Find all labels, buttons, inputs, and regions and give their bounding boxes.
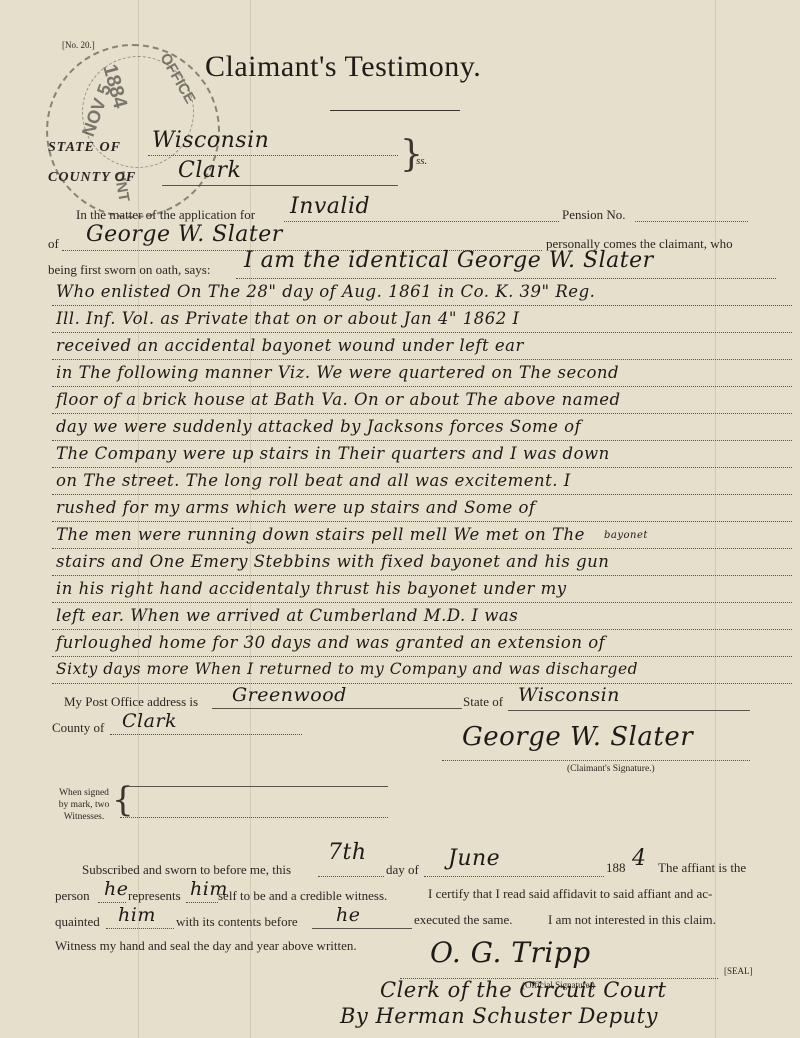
testimony-rule <box>52 413 792 414</box>
testimony-line: in The following manner Viz. We were qua… <box>56 363 619 382</box>
testimony-line: Who enlisted On The 28" day of Aug. 1861… <box>56 282 595 301</box>
credible-label: self to be and a credible witness. <box>218 888 387 904</box>
testimony-first-line: I am the identical George W. Slater <box>244 248 654 273</box>
jurat-month-line <box>424 876 604 877</box>
testimony-rule <box>52 305 792 306</box>
address-state-value: Wisconsin <box>518 684 620 706</box>
witness-label-2: by mark, two <box>54 800 114 810</box>
address-state-label: State of <box>463 694 503 710</box>
testimony-rule <box>52 602 792 603</box>
interlineation: bayonet <box>604 530 648 541</box>
testimony-rule <box>52 683 792 684</box>
state-line <box>148 155 398 156</box>
county-line <box>162 185 398 186</box>
testimony-rule <box>52 467 792 468</box>
testimony-rule <box>52 521 792 522</box>
state-label: STATE OF <box>48 140 121 156</box>
affiant-label: The affiant is the <box>658 860 746 876</box>
title-rule <box>330 110 460 111</box>
witness-label-1: When signed <box>54 788 114 798</box>
witness-line-2[interactable] <box>120 817 388 818</box>
pronoun-line <box>106 928 174 929</box>
testimony-line: stairs and One Emery Stebbins with fixed… <box>56 552 609 571</box>
testimony-line: Sixty days more When I returned to my Co… <box>56 660 638 678</box>
certify-label: I certify that I read said affidavit to … <box>428 886 712 902</box>
testimony-rule <box>52 575 792 576</box>
testimony-line: Ill. Inf. Vol. as Private that on or abo… <box>56 309 520 328</box>
jurat-day: 7th <box>328 840 367 865</box>
quainted-label: quainted <box>55 914 100 930</box>
form-number: [No. 20.] <box>62 40 95 50</box>
county-label: COUNTY OF <box>48 170 136 186</box>
county-value: Clark <box>178 158 241 183</box>
post-office-line <box>212 708 462 709</box>
address-county-line <box>110 734 302 735</box>
pronoun-line <box>186 902 218 903</box>
testimony-line: on The street. The long roll beat and al… <box>56 471 571 490</box>
day-of-label: day of <box>386 862 419 878</box>
testimony-rule <box>52 440 792 441</box>
testimony-rule <box>52 494 792 495</box>
address-county-label: County of <box>52 720 104 736</box>
application-type-line <box>284 221 559 222</box>
official-signature: O. G. Tripp <box>430 936 591 969</box>
not-interested-label: I am not interested in this claim. <box>548 912 716 928</box>
claimant-signature-caption: (Claimant's Signature.) <box>567 764 655 774</box>
post-office-label: My Post Office address is <box>64 694 198 710</box>
testimony-line: received an accidental bayonet wound und… <box>56 336 524 355</box>
application-type: Invalid <box>290 194 370 219</box>
claimant-signature: George W. Slater <box>462 722 693 752</box>
pension-no-line <box>635 221 748 222</box>
testimony-rule <box>52 548 792 549</box>
post-office-value: Greenwood <box>232 684 347 706</box>
ss-label: ss. <box>416 155 427 167</box>
testimony-rule <box>52 629 792 630</box>
jurat-day-line <box>318 876 384 877</box>
official-title: Clerk of the Circuit Court <box>380 978 666 1002</box>
jurat-month: June <box>448 846 500 871</box>
sworn-label: being first sworn on oath, says: <box>48 262 210 278</box>
testimony-rule <box>52 332 792 333</box>
testimony-line: floor of a brick house at Bath Va. On or… <box>56 390 621 409</box>
pronoun-him-3: him <box>118 904 156 926</box>
represents-label: represents <box>128 888 181 904</box>
testimony-rule <box>52 359 792 360</box>
claimant-signature-line <box>442 760 750 761</box>
testimony-rule <box>236 278 776 279</box>
testimony-line: in his right hand accidentaly thrust his… <box>56 579 567 598</box>
address-state-line <box>508 710 750 711</box>
subscribed-label: Subscribed and sworn to before me, this <box>82 862 291 878</box>
deputy-signature: By Herman Schuster Deputy <box>340 1004 658 1028</box>
testimony-line: left ear. When we arrived at Cumberland … <box>56 606 518 625</box>
state-value: Wisconsin <box>152 128 269 153</box>
witness-hand-label: Witness my hand and seal the day and yea… <box>55 938 357 954</box>
pronoun-line <box>312 928 412 929</box>
testimony-line: furloughed home for 30 days and was gran… <box>56 633 605 652</box>
executed-label: executed the same. <box>414 912 513 928</box>
testimony-rule <box>52 656 792 657</box>
claimant-name: George W. Slater <box>86 222 283 247</box>
seal-label: [SEAL] <box>724 966 753 976</box>
fold-crease <box>715 0 716 1038</box>
witness-line-1[interactable] <box>128 786 388 787</box>
page-title: Claimant's Testimony. <box>205 50 481 84</box>
jurat-year-suffix: 4 <box>632 846 647 871</box>
testimony-line: day we were suddenly attacked by Jackson… <box>56 417 581 436</box>
matter-label: In the matter of the application for <box>76 207 255 223</box>
pronoun-he-1: he <box>104 878 128 900</box>
claimant-testimony-form: NOV 5 1884 OFFICE UNT [No. 20.] Claimant… <box>0 0 800 1038</box>
testimony-line: The Company were up stairs in Their quar… <box>56 444 610 463</box>
person-label: person <box>55 888 90 904</box>
pension-no-label: Pension No. <box>562 207 626 223</box>
testimony-line: The men were running down stairs pell me… <box>56 525 585 544</box>
witness-label-3: Witnesses. <box>54 812 114 822</box>
jurat-year-prefix: 188 <box>606 860 626 876</box>
testimony-rule <box>52 386 792 387</box>
address-county-value: Clark <box>122 710 177 732</box>
pronoun-he-4: he <box>336 904 360 926</box>
testimony-line: rushed for my arms which were up stairs … <box>56 498 536 517</box>
pronoun-line <box>98 902 126 903</box>
contents-label: with its contents before <box>176 914 298 930</box>
of-label: of <box>48 236 59 252</box>
